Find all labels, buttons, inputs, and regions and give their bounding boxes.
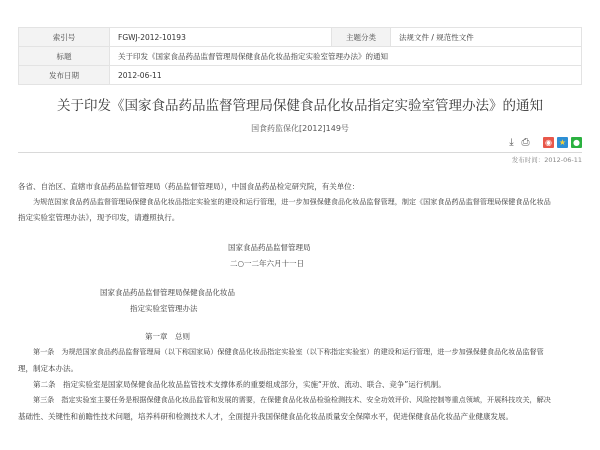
publish-time: 发布时间：2012-06-11 <box>512 155 582 164</box>
chapter-1-heading: 第一章 总则 <box>145 331 190 342</box>
article-2: 第二条 指定实验室是国家局保健食品化妆品监管技术支撑体系的重要组成部分，实施“开… <box>33 379 446 390</box>
metadata-row-date: 发布日期 2012-06-11 <box>19 66 582 85</box>
index-label: 索引号 <box>19 28 110 47</box>
metadata-table: 索引号 FGWJ-2012-10193 主题分类 法规文件 / 规范性文件 标题… <box>18 27 582 85</box>
salutation: 各省、自治区、直辖市食品药品监督管理局（药品监督管理局），中国食品药品检定研究院… <box>18 181 359 192</box>
article-1-line-1: 第一条 为规范国家食品药品监督管理局（以下称国家局）保健食品化妆品指定实验室（以… <box>33 347 544 357</box>
topic-label: 主题分类 <box>332 28 391 47</box>
title-value: 关于印发《国家食品药品监督管理局保健食品化妆品指定实验室管理办法》的通知 <box>110 47 582 66</box>
title-divider <box>18 152 582 153</box>
document-toolbar: ⤓ ⎙ ◉ ★ ● <box>506 137 582 148</box>
topic-value: 法规文件 / 规范性文件 <box>391 28 582 47</box>
index-value: FGWJ-2012-10193 <box>110 28 332 47</box>
wechat-share-icon[interactable]: ● <box>571 137 582 148</box>
date-value: 2012-06-11 <box>110 66 582 85</box>
document-title: 关于印发《国家食品药品监督管理局保健食品化妆品指定实验室管理办法》的通知 <box>0 94 600 114</box>
paragraph-1-line-1: 为规范国家食品药品监督管理局保健食品化妆品指定实验室的建设和运行管理，进一步加强… <box>33 197 551 207</box>
date-label: 发布日期 <box>19 66 110 85</box>
favorite-share-icon[interactable]: ★ <box>557 137 568 148</box>
weibo-share-icon[interactable]: ◉ <box>543 137 554 148</box>
metadata-row-title: 标题 关于印发《国家食品药品监督管理局保健食品化妆品指定实验室管理办法》的通知 <box>19 47 582 66</box>
document-number: 国食药监保化[2012]149号 <box>0 123 600 134</box>
article-3-line-2: 基础性、关键性和前瞻性技术问题，培养科研和检测技术人才，全面提升我国保健食品化妆… <box>18 411 513 422</box>
download-icon[interactable]: ⤓ <box>506 137 517 148</box>
signature-org: 国家食品药品监督管理局 <box>228 242 311 253</box>
attachment-title-line-1: 国家食品药品监督管理局保健食品化妆品 <box>100 287 235 298</box>
title-label: 标题 <box>19 47 110 66</box>
signature-date: 二○一二年六月十一日 <box>230 258 304 269</box>
attachment-title-line-2: 指定实验室管理办法 <box>130 303 198 314</box>
print-icon[interactable]: ⎙ <box>520 137 531 148</box>
article-3-line-1: 第三条 指定实验室主要任务是根据保健食品化妆品监管和发展的需要，在保健食品化妆品… <box>33 395 551 405</box>
paragraph-1-line-2: 指定实验室管理办法》，现予印发，请遵照执行。 <box>18 212 179 223</box>
metadata-row-index: 索引号 FGWJ-2012-10193 主题分类 法规文件 / 规范性文件 <box>19 28 582 47</box>
article-1-line-2: 理，制定本办法。 <box>18 363 78 374</box>
